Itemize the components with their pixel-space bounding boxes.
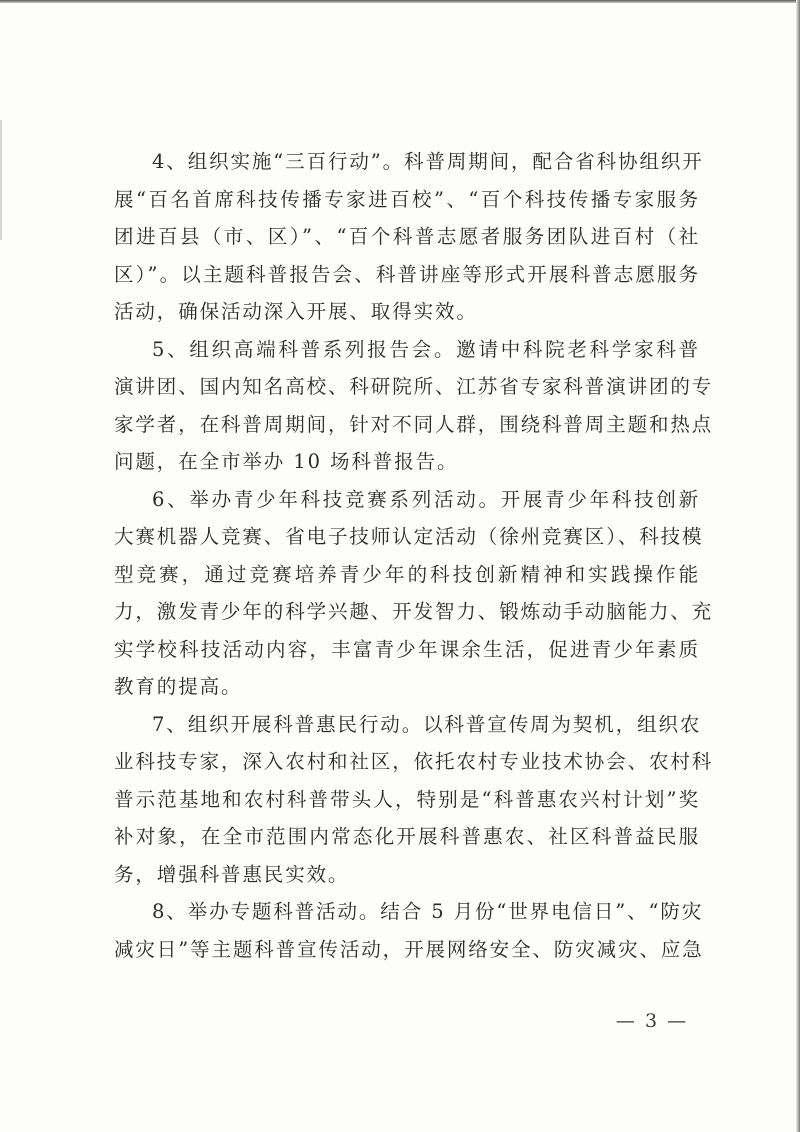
paragraph-line: 问题，在全市举办 10 场科普报告。	[114, 443, 700, 481]
paragraph-line: 型竞赛，通过竞赛培养青少年的科技创新精神和实践操作能	[114, 556, 700, 594]
paragraph-line: 业科技专家，深入农村和社区，依托农村专业技术协会、农村科	[114, 743, 700, 781]
paragraph-item-8: 8、举办专题科普活动。结合 5 月份“世界电信日”、“防灾 减灾日”等主题科普宣…	[114, 893, 700, 968]
paragraph-line: 活动，确保活动深入开展、取得实效。	[114, 293, 700, 331]
paragraph-line: 5、组织高端科普系列报告会。邀请中科院老科学家科普	[114, 331, 700, 369]
document-body: 4、组织实施“三百行动”。科普周期间，配合省科协组织开 展“百名首席科技传播专家…	[114, 143, 700, 968]
paragraph-line: 8、举办专题科普活动。结合 5 月份“世界电信日”、“防灾	[114, 893, 700, 931]
paragraph-line: 展“百名首席科技传播专家进百校”、“百个科技传播专家服务	[114, 181, 700, 219]
paragraph-line: 区）”。以主题科普报告会、科普讲座等形式开展科普志愿服务	[114, 256, 700, 294]
paragraph-line: 4、组织实施“三百行动”。科普周期间，配合省科协组织开	[114, 143, 700, 181]
paragraph-line: 家学者，在科普周期间，针对不同人群，围绕科普周主题和热点	[114, 406, 700, 444]
paragraph-item-7: 7、组织开展科普惠民行动。以科普宣传周为契机，组织农 业科技专家，深入农村和社区…	[114, 706, 700, 894]
paragraph-line: 大赛机器人竞赛、省电子技师认定活动（徐州竞赛区）、科技模	[114, 518, 700, 556]
paragraph-line: 务，增强科普惠民实效。	[114, 856, 700, 894]
paragraph-line: 6、举办青少年科技竞赛系列活动。开展青少年科技创新	[114, 481, 700, 519]
paragraph-line: 实学校科技活动内容，丰富青少年课余生活，促进青少年素质	[114, 631, 700, 669]
paragraph-line: 演讲团、国内知名高校、科研院所、江苏省专家科普演讲团的专	[114, 368, 700, 406]
paragraph-item-6: 6、举办青少年科技竞赛系列活动。开展青少年科技创新 大赛机器人竞赛、省电子技师认…	[114, 481, 700, 706]
paragraph-line: 教育的提高。	[114, 668, 700, 706]
paragraph-item-4: 4、组织实施“三百行动”。科普周期间，配合省科协组织开 展“百名首席科技传播专家…	[114, 143, 700, 331]
paragraph-line: 减灾日”等主题科普宣传活动，开展网络安全、防灾减灾、应急	[114, 931, 700, 969]
scan-left-edge	[0, 120, 2, 240]
paragraph-line: 补对象，在全市范围内常态化开展科普惠农、社区科普益民服	[114, 818, 700, 856]
scan-right-edge	[796, 0, 800, 1132]
page-number: — 3 —	[612, 1009, 692, 1033]
paragraph-line: 力，激发青少年的科学兴趣、开发智力、锻炼动手动脑能力、充	[114, 593, 700, 631]
scan-top-edge	[0, 0, 800, 3]
paragraph-line: 普示范基地和农村科普带头人，特别是“科普惠农兴村计划”奖	[114, 781, 700, 819]
paragraph-item-5: 5、组织高端科普系列报告会。邀请中科院老科学家科普 演讲团、国内知名高校、科研院…	[114, 331, 700, 481]
paragraph-line: 7、组织开展科普惠民行动。以科普宣传周为契机，组织农	[114, 706, 700, 744]
document-page: 4、组织实施“三百行动”。科普周期间，配合省科协组织开 展“百名首席科技传播专家…	[0, 0, 800, 1132]
paragraph-line: 团进百县（市、区）”、“百个科普志愿者服务团队进百村（社	[114, 218, 700, 256]
